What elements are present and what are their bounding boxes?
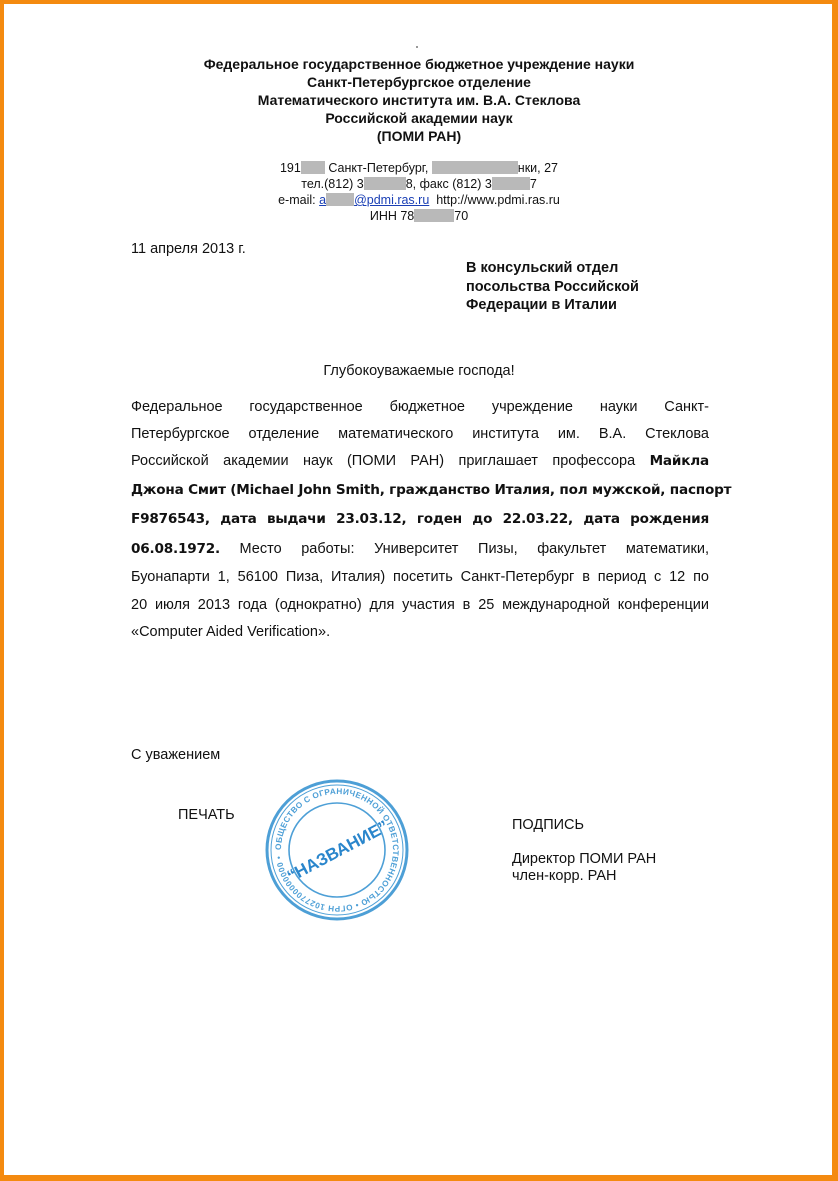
bold-text: Майкла: [650, 453, 709, 469]
seal-label: ПЕЧАТЬ: [178, 807, 235, 823]
bold-text: F9876543, дата выдачи 23.03.12, годен до…: [131, 511, 709, 527]
inn-line: ИНН 7870: [0, 208, 838, 224]
postcode: 191: [280, 161, 301, 175]
text: Место работы: Университет Пизы, факульте…: [220, 541, 709, 557]
city: Санкт-Петербург,: [328, 161, 428, 175]
body-line: Джона Смит (Michael John Smith, гражданс…: [131, 481, 709, 499]
inn-end: 70: [454, 209, 468, 223]
redaction-bar: [414, 209, 454, 222]
bold-text: Джона Смит (Michael John Smith, гражданс…: [131, 482, 731, 498]
signatory-title: Директор ПОМИ РАН: [512, 851, 656, 868]
redaction-bar: [492, 177, 530, 190]
address-line: 191 Санкт-Петербург, нки, 27: [0, 160, 838, 176]
body-line: Федеральное государственное бюджетное уч…: [131, 398, 709, 416]
fax-end: 7: [530, 177, 537, 191]
website-link[interactable]: http://www.pdmi.ras.ru: [436, 193, 560, 207]
inn: ИНН 78: [370, 209, 414, 223]
bold-text: 06.08.1972.: [131, 541, 220, 557]
org-name-line: Математического института им. В.А. Стекл…: [0, 91, 838, 109]
signatory-rank: член-корр. РАН: [512, 868, 617, 885]
body-line: «Computer Aided Verification».: [131, 623, 709, 641]
svg-text:“НАЗВАНИЕ”: “НАЗВАНИЕ”: [284, 817, 392, 886]
closing: С уважением: [131, 747, 220, 763]
text: Федеральное государственное бюджетное уч…: [131, 399, 709, 415]
org-name-line: Санкт-Петербургское отделение: [0, 73, 838, 91]
stamp-icon: ОБЩЕСТВО С ОГРАНИЧЕННОЙ ОТВЕТСТВЕННОСТЬЮ…: [263, 777, 411, 923]
text: Российской академии наук (ПОМИ РАН) приг…: [131, 453, 650, 469]
redaction-bar: [364, 177, 406, 190]
addressee-line: посольства Российской: [466, 278, 639, 297]
body-line: 06.08.1972. Место работы: Университет Пи…: [131, 540, 709, 558]
fax: 8, факс (812) 3: [406, 177, 492, 191]
letter-date: 11 апреля 2013 г.: [131, 241, 246, 257]
text: 20 июля 2013 года (однократно) для участ…: [131, 597, 709, 613]
body-line: 20 июля 2013 года (однократно) для участ…: [131, 596, 709, 614]
email-label: e-mail:: [278, 193, 316, 207]
signature-label: ПОДПИСЬ: [512, 817, 584, 833]
contact-line: e-mail: a@pdmi.ras.ru http://www.pdmi.ra…: [0, 192, 838, 208]
street: нки, 27: [518, 161, 558, 175]
redaction-bar: [301, 161, 325, 174]
scan-speck: [416, 46, 418, 48]
body-line: F9876543, дата выдачи 23.03.12, годен до…: [131, 510, 709, 528]
body-line: Буонапарти 1, 56100 Пиза, Италия) посети…: [131, 568, 709, 586]
salutation: Глубокоуважаемые господа!: [0, 363, 838, 379]
body-line: Петербургское отделение математического …: [131, 425, 709, 443]
org-name-line: Федеральное государственное бюджетное уч…: [0, 55, 838, 73]
text: Буонапарти 1, 56100 Пиза, Италия) посети…: [131, 569, 709, 585]
email-link[interactable]: a@pdmi.ras.ru: [319, 193, 429, 207]
redaction-bar: [432, 161, 518, 174]
text: «Computer Aided Verification».: [131, 624, 330, 640]
redaction-bar: [326, 193, 354, 206]
org-abbreviation: (ПОМИ РАН): [0, 127, 838, 145]
text: Петербургское отделение математического …: [131, 426, 709, 442]
org-name-line: Российской академии наук: [0, 109, 838, 127]
addressee-line: Федерации в Италии: [466, 296, 617, 315]
body-line: Российской академии наук (ПОМИ РАН) приг…: [131, 452, 709, 470]
phone: тел.(812) 3: [301, 177, 364, 191]
official-stamp: ОБЩЕСТВО С ОГРАНИЧЕННОЙ ОТВЕТСТВЕННОСТЬЮ…: [263, 777, 411, 923]
addressee-line: В консульский отдел: [466, 259, 618, 278]
phone-line: тел.(812) 38, факс (812) 37: [0, 176, 838, 192]
